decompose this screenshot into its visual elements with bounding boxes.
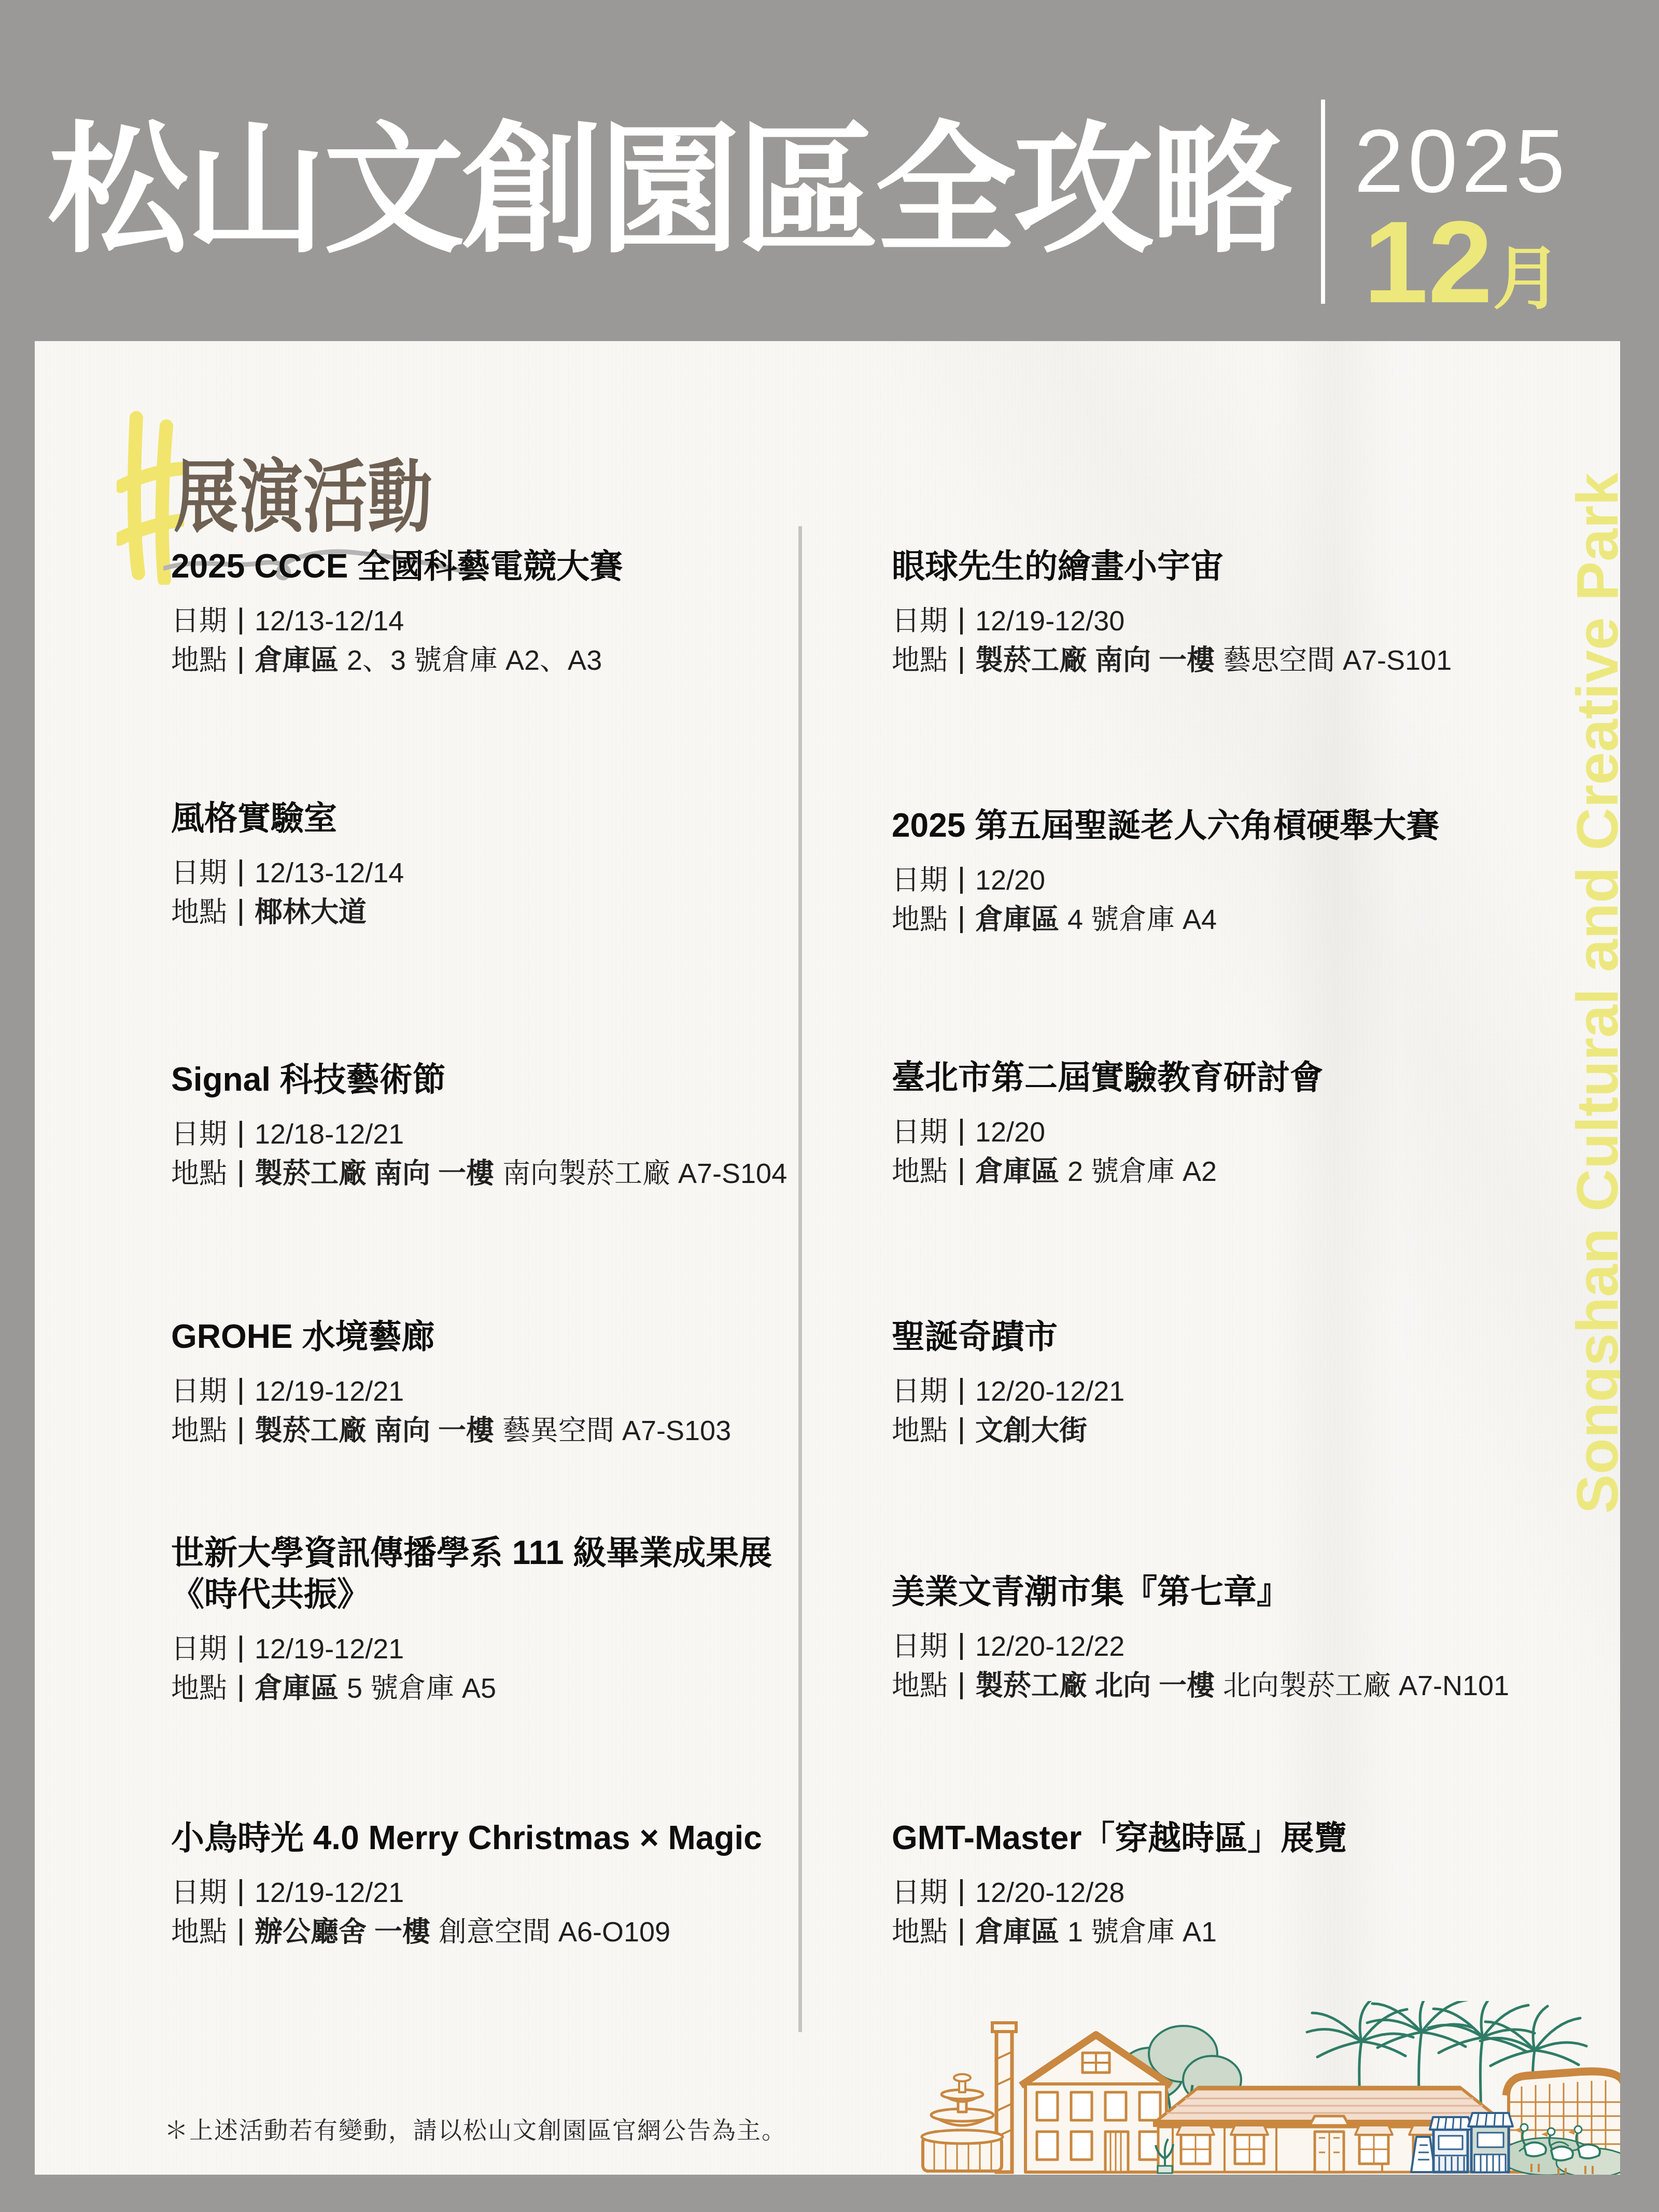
location-label: 地點 xyxy=(892,904,948,935)
separator-bar xyxy=(240,1160,242,1187)
content-card: 展演活動 2025 CCCE 全國科藝電競大賽 日期12/13-12/14 地點… xyxy=(35,341,1620,2175)
event-title: GROHE 水境藝廊 xyxy=(171,1316,814,1357)
venue-bold: 製菸工廠 南向 一樓 xyxy=(255,1158,494,1189)
event-location-row: 地點製菸工廠 南向 一樓南向製菸工廠 A7-S104 xyxy=(171,1154,814,1193)
location-label: 地點 xyxy=(171,1158,227,1189)
event-date-row: 日期12/20-12/28 xyxy=(892,1873,1581,1912)
event-title: 世新大學資訊傳播學系 111 級畢業成果展《時代共振》 xyxy=(171,1532,814,1615)
page-title: 松山文創園區全攻略 xyxy=(48,113,1289,268)
venue-bold: 倉庫區 xyxy=(255,1673,339,1704)
separator-bar xyxy=(240,647,242,674)
venue-bold: 倉庫區 xyxy=(975,1156,1059,1187)
location-label: 地點 xyxy=(171,1415,227,1446)
venue-bold: 製菸工廠 南向 一樓 xyxy=(255,1415,494,1446)
event-date-row: 日期12/18-12/21 xyxy=(171,1115,814,1154)
location-label: 地點 xyxy=(171,1673,227,1704)
separator-bar xyxy=(240,1121,242,1148)
event-location-row: 地點倉庫區1 號倉庫 A1 xyxy=(892,1912,1581,1952)
event-card: 眼球先生的繪畫小宇宙 日期12/19-12/30 地點製菸工廠 南向 一樓藝思空… xyxy=(892,545,1581,680)
venue-bold: 製菸工廠 南向 一樓 xyxy=(975,645,1215,676)
column-divider-line xyxy=(798,526,802,2032)
event-card: 美業文青潮市集『第七章』 日期12/20-12/22 地點製菸工廠 北向 一樓北… xyxy=(892,1571,1581,1706)
event-location-row: 地點倉庫區5 號倉庫 A5 xyxy=(171,1669,814,1708)
separator-bar xyxy=(960,906,963,933)
event-card: 世新大學資訊傳播學系 111 級畢業成果展《時代共振》 日期12/19-12/2… xyxy=(171,1532,814,1708)
date-label: 日期 xyxy=(892,605,948,637)
event-location-row: 地點辦公廳舍 一樓創意空間 A6-O109 xyxy=(171,1912,814,1952)
fountain-illustration xyxy=(922,2074,1003,2171)
separator-bar xyxy=(240,1675,242,1702)
location-label: 地點 xyxy=(892,1670,948,1701)
event-location-row: 地點倉庫區2、3 號倉庫 A2、A3 xyxy=(171,641,814,680)
separator-bar xyxy=(240,860,242,886)
event-date-row: 日期12/19-12/21 xyxy=(171,1372,814,1411)
location-label: 地點 xyxy=(892,1156,948,1187)
separator-bar xyxy=(960,867,963,894)
event-date-row: 日期12/20 xyxy=(892,1112,1581,1152)
event-location-row: 地點製菸工廠 南向 一樓藝異空間 A7-S103 xyxy=(171,1411,814,1450)
event-date-row: 日期12/20 xyxy=(892,861,1581,900)
date-label: 日期 xyxy=(892,1117,948,1148)
separator-bar xyxy=(960,1919,963,1946)
event-date-row: 日期12/20-12/21 xyxy=(892,1372,1581,1411)
event-card: 2025 CCCE 全國科藝電競大賽 日期12/13-12/14 地點倉庫區2、… xyxy=(171,545,814,680)
poster-page: 松山文創園區全攻略 2025 12月 展演活動 2025 CCCE 全國科藝電競… xyxy=(0,0,1659,2212)
location-label: 地點 xyxy=(892,1415,948,1446)
event-date-row: 日期12/13-12/14 xyxy=(171,853,814,893)
date-label: 日期 xyxy=(171,605,227,637)
park-illustration xyxy=(907,2001,1620,2175)
event-card: Signal 科技藝術節 日期12/18-12/21 地點製菸工廠 南向 一樓南… xyxy=(171,1059,814,1193)
event-title: 風格實驗室 xyxy=(171,797,814,839)
event-location-row: 地點製菸工廠 北向 一樓北向製菸工廠 A7-N101 xyxy=(892,1666,1581,1706)
header-divider-line xyxy=(1321,100,1325,304)
separator-bar xyxy=(960,608,963,635)
event-date-row: 日期12/19-12/30 xyxy=(892,601,1581,641)
side-vertical-text: Songshan Cultural and Creative Park xyxy=(1568,473,1620,1514)
separator-bar xyxy=(240,1919,242,1946)
venue-bold: 椰林大道 xyxy=(255,897,367,928)
event-card: GROHE 水境藝廊 日期12/19-12/21 地點製菸工廠 南向 一樓藝異空… xyxy=(171,1316,814,1450)
venue-rest: 4 號倉庫 A4 xyxy=(1067,904,1217,935)
date-label: 日期 xyxy=(892,1376,948,1407)
event-title: 美業文青潮市集『第七章』 xyxy=(892,1571,1581,1612)
date-value: 12/20-12/21 xyxy=(975,1376,1124,1407)
venue-bold: 辦公廳舍 一樓 xyxy=(255,1917,430,1948)
date-value: 12/13-12/14 xyxy=(255,605,404,637)
event-title: GMT-Master「穿越時區」展覽 xyxy=(892,1817,1581,1858)
event-card: 風格實驗室 日期12/13-12/14 地點椰林大道 xyxy=(171,797,814,932)
separator-bar xyxy=(960,1417,963,1444)
location-label: 地點 xyxy=(892,1917,948,1948)
event-card: 臺北市第二屆實驗教育研討會 日期12/20 地點倉庫區2 號倉庫 A2 xyxy=(892,1056,1581,1191)
separator-bar xyxy=(960,1119,963,1146)
venue-rest: 2、3 號倉庫 A2、A3 xyxy=(347,645,602,676)
event-date-row: 日期12/19-12/21 xyxy=(171,1873,814,1912)
event-title: 眼球先生的繪畫小宇宙 xyxy=(892,545,1581,587)
separator-bar xyxy=(240,1417,242,1444)
venue-bold: 倉庫區 xyxy=(975,904,1059,935)
separator-bar xyxy=(960,1879,963,1906)
location-label: 地點 xyxy=(171,897,227,928)
date-value: 12/20-12/28 xyxy=(975,1877,1124,1908)
venue-rest: 南向製菸工廠 A7-S104 xyxy=(502,1158,787,1189)
separator-bar xyxy=(960,1633,963,1660)
date-label: 日期 xyxy=(892,1631,948,1662)
separator-bar xyxy=(240,608,242,635)
venue-bold: 倉庫區 xyxy=(255,645,339,676)
location-label: 地點 xyxy=(171,645,227,676)
date-value: 12/19-12/21 xyxy=(255,1877,404,1908)
event-title: 臺北市第二屆實驗教育研討會 xyxy=(892,1056,1581,1098)
date-value: 12/18-12/21 xyxy=(255,1119,404,1150)
event-title: Signal 科技藝術節 xyxy=(171,1059,814,1100)
date-label: 日期 xyxy=(892,865,948,896)
event-date-row: 日期12/19-12/21 xyxy=(171,1629,814,1669)
venue-rest: 北向製菸工廠 A7-N101 xyxy=(1223,1670,1509,1701)
section-heading: 展演活動 xyxy=(174,434,432,547)
event-location-row: 地點椰林大道 xyxy=(171,893,814,932)
event-location-row: 地點倉庫區2 號倉庫 A2 xyxy=(892,1152,1581,1191)
location-label: 地點 xyxy=(171,1917,227,1948)
date-value: 12/20 xyxy=(975,865,1045,896)
separator-bar xyxy=(240,1879,242,1906)
separator-bar xyxy=(240,899,242,926)
month-unit: 月 xyxy=(1493,241,1561,317)
venue-bold: 倉庫區 xyxy=(975,1917,1059,1948)
venue-rest: 藝思空間 A7-S101 xyxy=(1223,645,1452,676)
date-value: 12/20 xyxy=(975,1117,1045,1148)
event-location-row: 地點製菸工廠 南向 一樓藝思空間 A7-S101 xyxy=(892,641,1581,680)
event-location-row: 地點文創大街 xyxy=(892,1411,1581,1450)
month-label: 12月 xyxy=(1363,196,1561,329)
date-value: 12/19-12/30 xyxy=(975,605,1124,637)
venue-bold: 文創大街 xyxy=(975,1415,1087,1446)
date-label: 日期 xyxy=(171,857,227,889)
event-date-row: 日期12/20-12/22 xyxy=(892,1627,1581,1666)
separator-bar xyxy=(960,647,963,674)
date-value: 12/19-12/21 xyxy=(255,1633,404,1665)
event-card: 聖誕奇蹟市 日期12/20-12/21 地點文創大街 xyxy=(892,1316,1581,1450)
venue-rest: 藝異空間 A7-S103 xyxy=(502,1415,731,1446)
event-title: 2025 第五屆聖誕老人六角槓硬舉大賽 xyxy=(892,805,1581,846)
month-number: 12 xyxy=(1363,198,1493,327)
separator-bar xyxy=(960,1158,963,1185)
event-card: 小鳥時光 4.0 Merry Christmas × Magic 日期12/19… xyxy=(171,1817,814,1952)
separator-bar xyxy=(960,1672,963,1699)
venue-rest: 2 號倉庫 A2 xyxy=(1067,1156,1217,1187)
date-label: 日期 xyxy=(892,1877,948,1908)
date-value: 12/20-12/22 xyxy=(975,1631,1124,1662)
venue-rest: 5 號倉庫 A5 xyxy=(347,1673,496,1704)
date-label: 日期 xyxy=(171,1633,227,1665)
event-card: 2025 第五屆聖誕老人六角槓硬舉大賽 日期12/20 地點倉庫區4 號倉庫 A… xyxy=(892,805,1581,939)
date-value: 12/19-12/21 xyxy=(255,1376,404,1407)
footer-note: ＊上述活動若有變動，請以松山文創園區官網公告為主。 xyxy=(164,2111,786,2146)
date-value: 12/13-12/14 xyxy=(255,857,404,889)
venue-rest: 1 號倉庫 A1 xyxy=(1067,1917,1217,1948)
event-title: 小鳥時光 4.0 Merry Christmas × Magic xyxy=(171,1817,814,1858)
venue-bold: 製菸工廠 北向 一樓 xyxy=(975,1670,1215,1701)
date-label: 日期 xyxy=(171,1119,227,1150)
event-date-row: 日期12/13-12/14 xyxy=(171,601,814,641)
event-title: 聖誕奇蹟市 xyxy=(892,1316,1581,1357)
event-location-row: 地點倉庫區4 號倉庫 A4 xyxy=(892,900,1581,939)
event-title: 2025 CCCE 全國科藝電競大賽 xyxy=(171,545,814,587)
event-card: GMT-Master「穿越時區」展覽 日期12/20-12/28 地點倉庫區1 … xyxy=(892,1817,1581,1952)
venue-rest: 創意空間 A6-O109 xyxy=(439,1917,670,1948)
separator-bar xyxy=(960,1378,963,1405)
date-label: 日期 xyxy=(171,1877,227,1908)
separator-bar xyxy=(240,1378,242,1405)
separator-bar xyxy=(240,1636,242,1662)
date-label: 日期 xyxy=(171,1376,227,1407)
location-label: 地點 xyxy=(892,645,948,676)
